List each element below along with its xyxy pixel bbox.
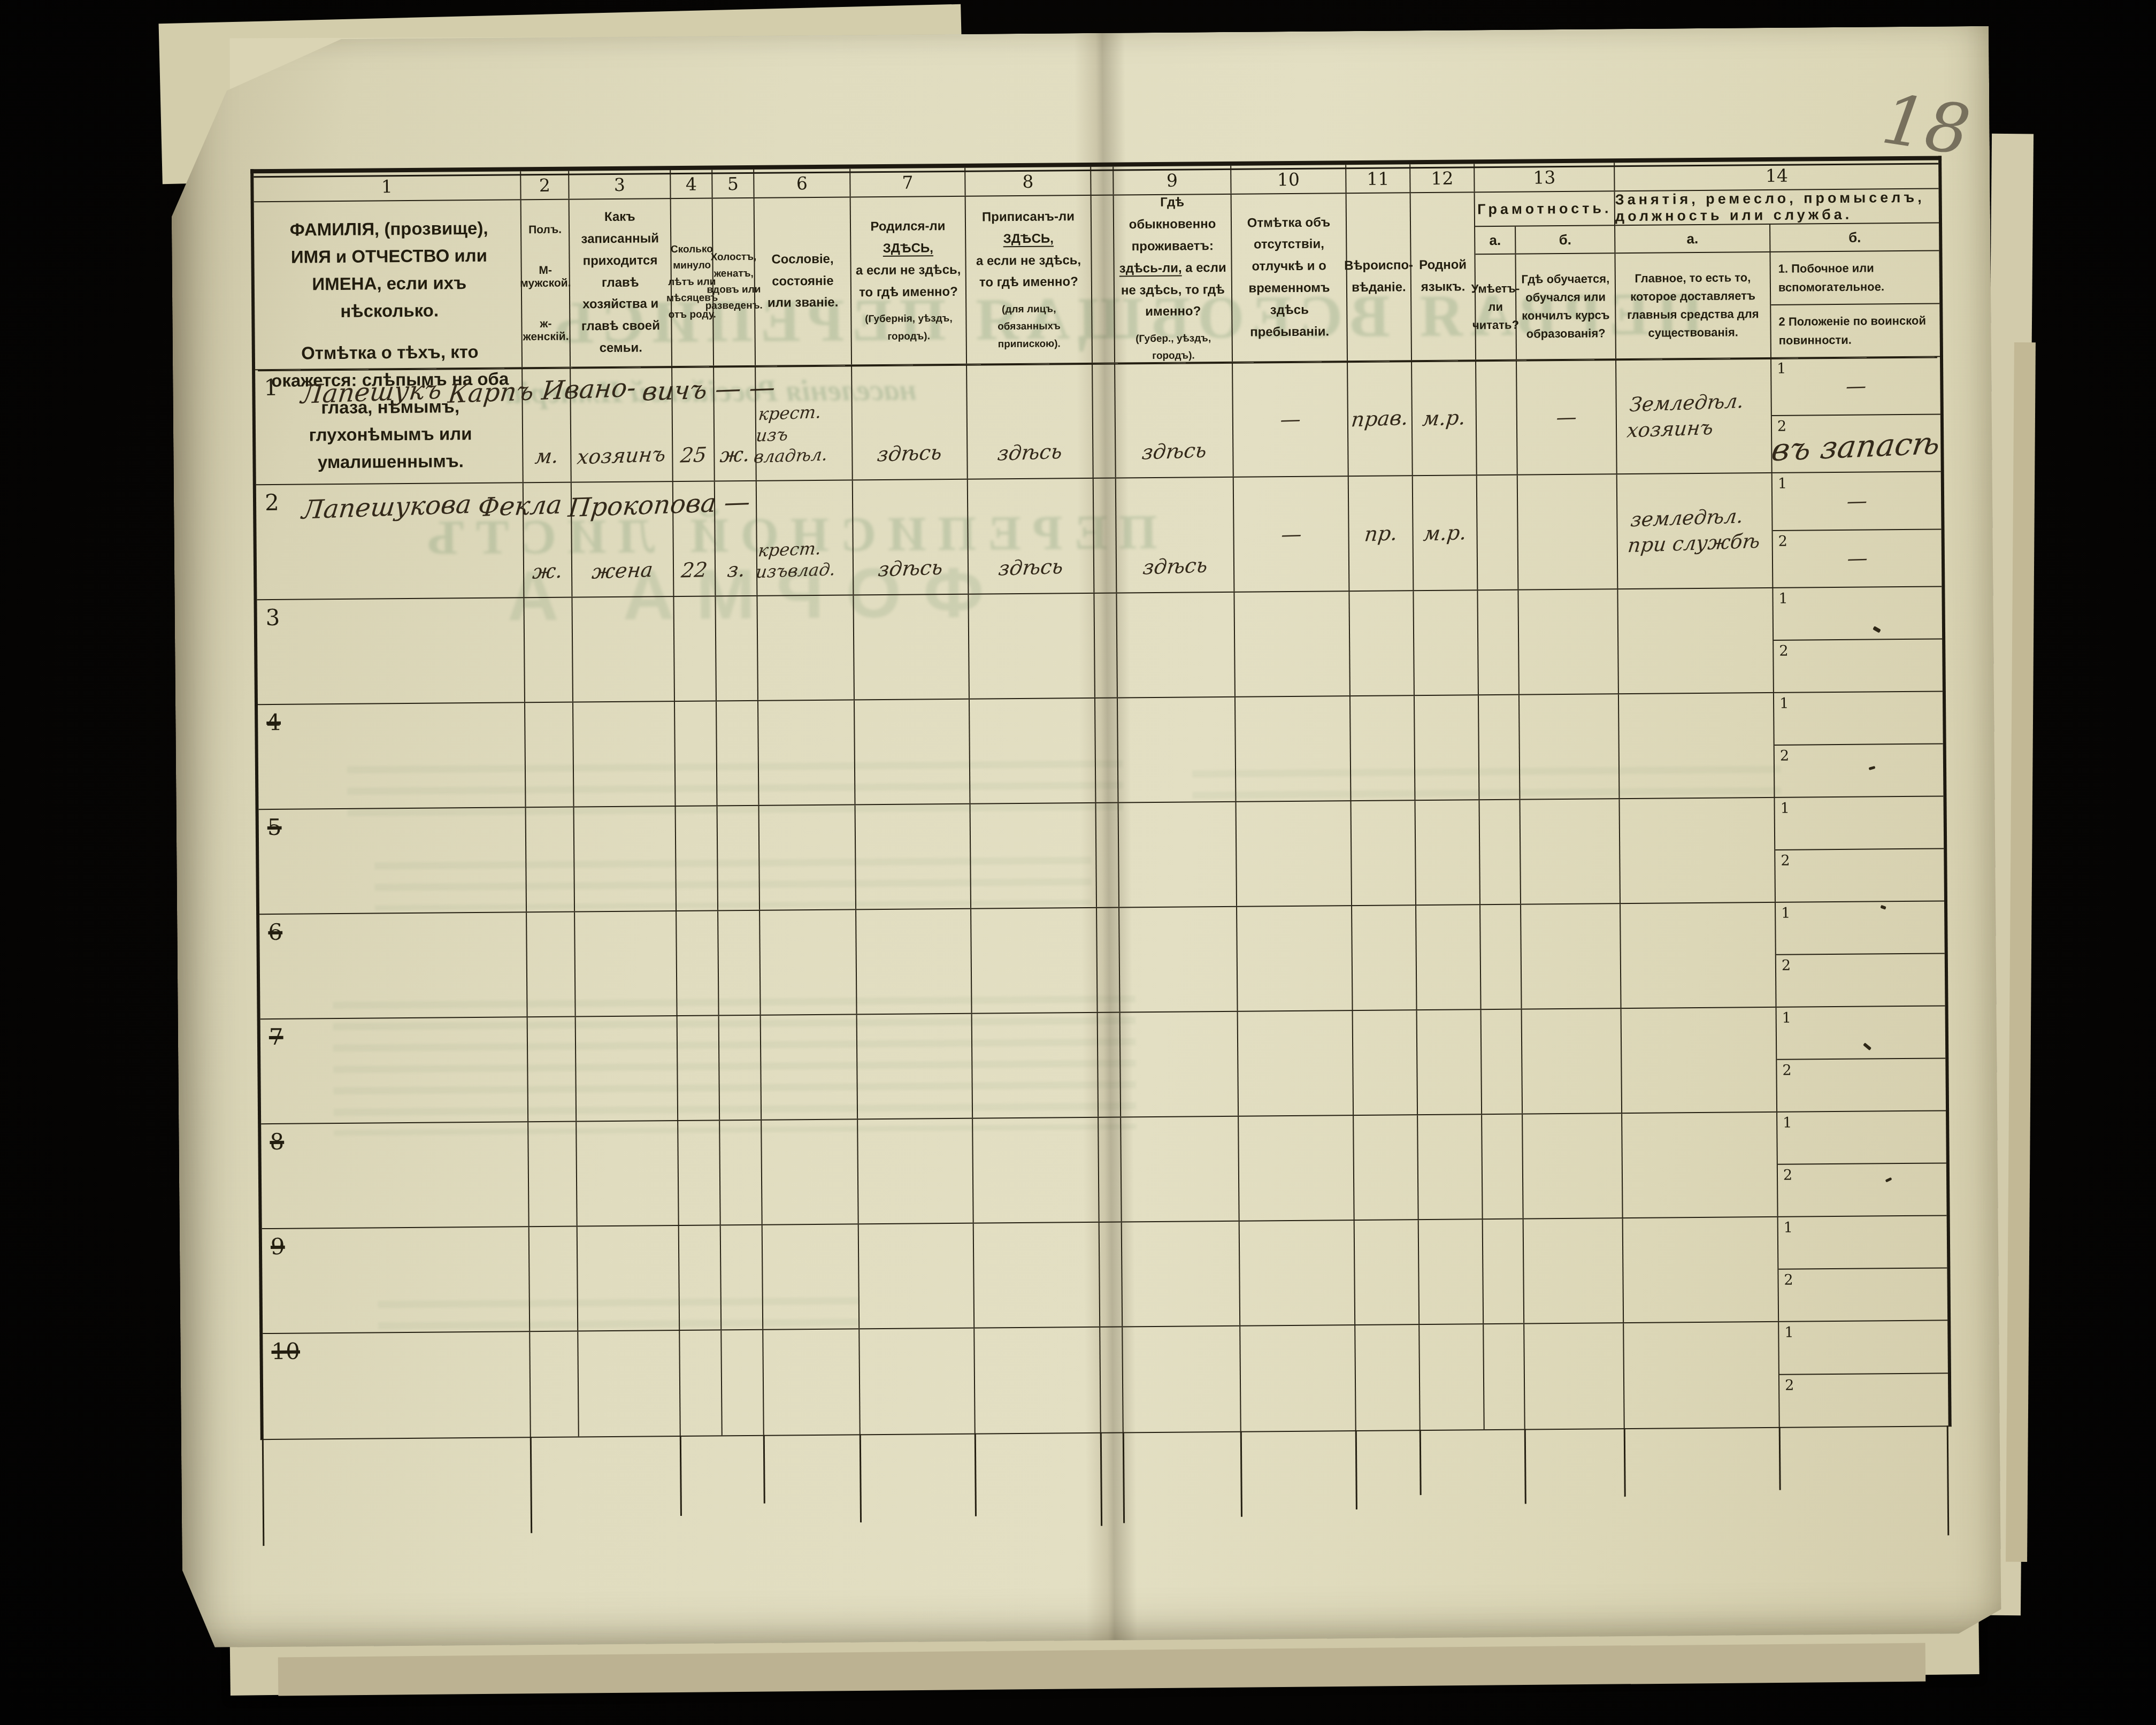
header-occupation-title: Занятія, ремесло, промыселъ, должность и… xyxy=(1615,189,1939,226)
header-education: Гдѣ обучается, обучался или кончилъ курс… xyxy=(1516,254,1615,359)
cell-name: 3 xyxy=(257,598,525,704)
subcell-index: 2 xyxy=(1782,1062,1791,1079)
cell-birthplace xyxy=(857,1014,973,1119)
header-marital: Холостъ, женатъ, вдовъ или разведенъ. xyxy=(713,198,756,366)
cell-relation xyxy=(578,1226,680,1330)
cell-can-read xyxy=(1484,1324,1525,1430)
header-relation: Какъ записанный приходится главѣ хозяйст… xyxy=(570,199,672,366)
cell-can-read xyxy=(1477,476,1519,590)
side-occupation-subcell: 1 xyxy=(1777,1006,1946,1060)
cell-occupation-main: земледѣл. при службѣ xyxy=(1617,473,1774,588)
column-number: 10 xyxy=(1231,165,1346,194)
subcell-index: 2 xyxy=(1785,1377,1794,1394)
fold-spacer xyxy=(1100,1327,1124,1432)
cell-residence xyxy=(1123,1327,1241,1432)
subcell-index: 2 xyxy=(1779,643,1788,660)
row-number: 2 xyxy=(265,489,279,516)
header-side-occupation: 1. Побочное или вспомогательное. xyxy=(1770,251,1939,304)
cell-name: 9 xyxy=(262,1227,531,1333)
census-sheet-page: ПЕРВАЯ ВСЕОБЩАЯ ПЕРЕПИСЬ населенія Россі… xyxy=(170,26,2001,1648)
cell-registration xyxy=(975,1328,1101,1433)
cell-religion xyxy=(1354,1115,1419,1220)
military-duty-subcell: 2 xyxy=(1778,1268,1947,1321)
cell-age xyxy=(677,911,719,1015)
cell-registration xyxy=(974,1223,1101,1328)
cell-marital: ж. xyxy=(714,366,757,481)
cell-religion xyxy=(1355,1325,1421,1430)
cell-sex xyxy=(528,1122,578,1226)
fold-spacer xyxy=(1094,594,1118,697)
fold-spacer xyxy=(1093,364,1116,478)
name-entry xyxy=(257,598,524,639)
cell-residence xyxy=(1119,802,1238,907)
cell-age xyxy=(676,806,719,910)
cell-absence xyxy=(1237,801,1353,906)
cell-birthplace xyxy=(858,1119,974,1224)
cell-occupation-main xyxy=(1618,588,1774,693)
cell-age xyxy=(678,1121,721,1225)
cell-education xyxy=(1523,1114,1623,1218)
table-body: 1 Лапешукъ Карпъ Ивано- вичъ — — м. хозя… xyxy=(255,357,1948,1439)
cell-religion xyxy=(1352,906,1417,1010)
cell-education xyxy=(1524,1323,1625,1429)
cell-occupation-secondary: 1 2 xyxy=(1777,1006,1946,1111)
cell-sex xyxy=(526,808,576,912)
cell-occupation-main xyxy=(1623,1217,1779,1322)
column-number: 12 xyxy=(1410,164,1475,192)
side-occupation-subcell: 1 xyxy=(1779,1321,1948,1375)
cell-religion xyxy=(1351,801,1416,905)
header-language: Роднойязыкъ. xyxy=(1411,193,1476,360)
cell-estate: крест. изъ владѣл. xyxy=(756,365,853,480)
header-birthplace: Родился-ли ЗДѢСЬ, а если не здѣсь, то гд… xyxy=(851,197,967,365)
cell-education xyxy=(1521,904,1622,1008)
cell-absence xyxy=(1236,696,1352,801)
cell-religion xyxy=(1353,1010,1418,1115)
cell-religion xyxy=(1349,591,1415,695)
cell-age: 25 xyxy=(672,366,715,481)
cell-registration xyxy=(971,908,1098,1013)
cell-registration: здѣсь xyxy=(967,364,1094,479)
cell-estate xyxy=(763,1224,860,1329)
cell-estate xyxy=(762,1120,859,1224)
cell-education xyxy=(1520,799,1621,903)
subcell-index: 1 xyxy=(1784,1220,1793,1236)
military-duty-subcell: 2 xyxy=(1774,639,1943,692)
cell-age xyxy=(679,1225,722,1330)
cell-name: 4 xyxy=(258,703,526,809)
header-text: М-мужской. xyxy=(520,264,571,290)
fold-spacer xyxy=(1098,1013,1122,1117)
cell-occupation-main xyxy=(1622,1008,1778,1113)
cell-occupation-main xyxy=(1624,1322,1780,1428)
cell-absence xyxy=(1237,906,1353,1011)
cell-can-read xyxy=(1478,591,1520,695)
cell-estate xyxy=(763,1329,861,1435)
fold-spacer xyxy=(1095,699,1119,802)
cell-relation xyxy=(575,911,678,1016)
name-entry xyxy=(261,1122,528,1163)
row-number: 10 xyxy=(271,1338,300,1364)
subcell-index: 2 xyxy=(1781,853,1790,869)
row-number: 4 xyxy=(266,709,281,735)
military-duty-subcell: 2 xyxy=(1779,1374,1948,1427)
cell-age xyxy=(680,1330,723,1436)
cell-registration xyxy=(971,803,1098,908)
cell-education: — xyxy=(1517,359,1617,474)
cell-occupation-secondary: 1 2 xyxy=(1773,587,1943,692)
name-entry xyxy=(260,1017,527,1058)
cell-language xyxy=(1418,1115,1483,1219)
cell-occupation-main xyxy=(1620,798,1776,903)
side-occupation-subcell: 1 — xyxy=(1771,357,1940,416)
cell-occupation-secondary: 1 2 xyxy=(1776,901,1945,1006)
subcell-index: 2 xyxy=(1783,1167,1792,1184)
military-duty-subcell: 2 xyxy=(1776,954,1945,1006)
header-sex: Полъ. М-мужской. ж-женскій. xyxy=(521,200,571,367)
cell-education xyxy=(1518,589,1619,694)
cell-relation xyxy=(576,1016,679,1121)
fold-spacer xyxy=(1094,479,1117,593)
cell-relation xyxy=(574,807,677,911)
name-entry: Лапешукова Фекла Прокопова — xyxy=(256,483,523,524)
cell-religion: пр. xyxy=(1349,476,1414,591)
cell-language: м.р. xyxy=(1413,476,1478,590)
cell-marital xyxy=(718,911,761,1015)
header-text: ФАМИЛІЯ, (прозвище), ИМЯ и ОТЧЕСТВО или … xyxy=(268,214,511,325)
cell-birthplace xyxy=(855,700,971,804)
cell-language xyxy=(1420,1324,1485,1430)
cell-education xyxy=(1522,1009,1623,1113)
cell-language xyxy=(1415,695,1480,800)
cell-absence xyxy=(1234,592,1351,696)
cell-language xyxy=(1415,800,1480,904)
cell-occupation-secondary: 1 2 xyxy=(1777,1111,1947,1216)
row-number: 1 xyxy=(264,374,278,401)
header-occupation-main: Главное, то есть то, которое доставляетъ… xyxy=(1615,252,1771,358)
cell-age xyxy=(675,701,718,806)
cell-birthplace xyxy=(856,804,972,909)
photo-backdrop: ПЕРВАЯ ВСЕОБЩАЯ ПЕРЕПИСЬ населенія Россі… xyxy=(0,0,2156,1725)
cell-can-read xyxy=(1480,905,1522,1009)
cell-can-read xyxy=(1483,1220,1525,1324)
fold-spacer xyxy=(1092,196,1115,363)
cell-sex: ж. xyxy=(524,483,573,597)
fold-spacer xyxy=(1097,908,1121,1012)
cell-sex xyxy=(527,913,576,1017)
cell-absence xyxy=(1239,1116,1355,1221)
table-row: 8 1 2 xyxy=(261,1111,1946,1229)
cell-sex: м. xyxy=(523,368,572,482)
table-row: 2 Лапешукова Фекла Прокопова — ж. жена 2… xyxy=(256,472,1942,600)
subcell-index: 1 xyxy=(1781,905,1790,922)
table-row: 10 1 2 xyxy=(263,1321,1948,1439)
cell-registration: здѣсь xyxy=(968,479,1095,594)
cell-residence xyxy=(1117,593,1236,697)
cell-occupation-secondary: 1 2 xyxy=(1775,796,1944,901)
name-entry xyxy=(263,1332,530,1373)
side-occupation-subcell: 1 xyxy=(1773,587,1942,640)
cell-occupation-main xyxy=(1619,693,1775,798)
cell-registration xyxy=(970,699,1096,803)
cell-absence: — xyxy=(1233,362,1349,477)
cell-marital xyxy=(721,1225,764,1330)
cell-relation xyxy=(572,597,675,701)
cell-marital xyxy=(718,806,761,910)
cell-birthplace xyxy=(854,595,970,700)
cell-registration xyxy=(969,594,1095,699)
subcell-index: 1 xyxy=(1778,591,1787,607)
cell-residence xyxy=(1122,1222,1241,1327)
table-row: 5 1 2 xyxy=(259,796,1944,915)
fold-spacer xyxy=(1091,167,1114,195)
header-occupation-secondary: 1. Побочное или вспомогательное. 2 Полож… xyxy=(1770,251,1940,357)
header-residence: Гдѣ обыкновенно проживаетъ: здѣсь-ли, а … xyxy=(1114,195,1233,363)
cell-occupation-main xyxy=(1622,1113,1778,1217)
subcell-index: 1 xyxy=(1778,476,1787,492)
cell-occupation-secondary: 1 — 2 въ запасѣ xyxy=(1771,357,1941,472)
subcell-index: 1 xyxy=(1779,695,1789,712)
cell-relation: жена xyxy=(572,482,674,596)
table-row: 3 1 2 xyxy=(257,587,1942,705)
cell-marital xyxy=(722,1330,764,1436)
header-can-read: Умѣетъ-ли читать? xyxy=(1475,255,1517,360)
subcell-index: 1 xyxy=(1781,800,1790,817)
cell-sex xyxy=(530,1226,579,1331)
header-name-column: ФАМИЛІЯ, (прозвище), ИМЯ и ОТЧЕСТВО или … xyxy=(254,200,523,369)
cell-occupation-main xyxy=(1621,903,1777,1008)
cell-absence: — xyxy=(1234,477,1350,592)
cell-relation xyxy=(578,1331,681,1436)
cell-occupation-secondary: 1 — 2 — xyxy=(1773,472,1942,587)
side-occupation-subcell: 1 xyxy=(1778,1216,1947,1269)
cell-relation xyxy=(573,702,676,806)
military-duty-subcell: 2 — xyxy=(1773,530,1942,587)
cell-marital xyxy=(716,596,758,701)
cell-birthplace: здѣсь xyxy=(852,365,968,480)
cell-marital xyxy=(717,701,759,806)
side-occupation-subcell: 1 — xyxy=(1773,472,1942,531)
subcell-index: 2 xyxy=(1784,1272,1793,1289)
cell-absence xyxy=(1240,1325,1356,1431)
header-literacy-title: Грамотность. xyxy=(1475,191,1614,227)
column-number: 7 xyxy=(850,168,965,197)
name-entry xyxy=(258,703,525,743)
column-number: 11 xyxy=(1346,164,1410,193)
cell-name: 7 xyxy=(260,1017,529,1123)
military-duty-subcell: 2 въ запасѣ xyxy=(1772,415,1941,472)
cell-name: 8 xyxy=(261,1122,530,1228)
subcell-index: 1 xyxy=(1777,361,1786,377)
header-absence: Отмѣтка объ отсутствіи, отлучкѣ и о врем… xyxy=(1232,194,1348,362)
row-number: 6 xyxy=(268,919,282,945)
cell-language xyxy=(1417,1010,1483,1114)
column-number: 5 xyxy=(712,170,754,198)
cell-language xyxy=(1419,1220,1484,1324)
cell-sex xyxy=(525,703,574,807)
cell-registration xyxy=(973,1118,1100,1223)
cell-religion: прав. xyxy=(1348,361,1413,476)
header-military-duty: 2 Положеніе по воинской повинности. xyxy=(1771,303,1940,357)
cell-registration xyxy=(972,1013,1099,1118)
side-occupation-subcell: 1 xyxy=(1775,796,1944,850)
column-number: 8 xyxy=(965,167,1091,196)
cell-estate: крест. изъвлад. xyxy=(757,480,854,595)
header-literacy-group: Грамотность. а. б. Умѣетъ-ли читать? Гдѣ… xyxy=(1475,191,1616,359)
header-registration: Приписанъ-ли ЗДѢСЬ, а если не здѣсь, то … xyxy=(966,196,1093,364)
column-number: 2 xyxy=(521,171,569,200)
column-number: 13 xyxy=(1475,163,1615,191)
header-text: Полъ. xyxy=(528,224,562,236)
cell-education xyxy=(1524,1218,1624,1323)
cell-marital: з. xyxy=(715,481,758,596)
cell-occupation-secondary: 1 2 xyxy=(1774,692,1944,796)
name-entry xyxy=(259,913,526,953)
cell-residence xyxy=(1121,1117,1240,1222)
cell-estate xyxy=(758,700,856,804)
sub-label-a: а. xyxy=(1475,227,1516,254)
cell-education xyxy=(1518,474,1618,589)
cell-education xyxy=(1520,694,1620,799)
cell-name: 6 xyxy=(259,913,528,1018)
cell-can-read xyxy=(1482,1010,1523,1114)
row-number: 7 xyxy=(269,1024,283,1050)
fold-spacer xyxy=(1096,803,1120,907)
cell-can-read xyxy=(1482,1115,1524,1219)
header-religion: Вѣроиспо-вѣданіе. xyxy=(1347,193,1412,361)
subcell-index: 2 xyxy=(1778,533,1787,549)
cell-age xyxy=(678,1016,720,1120)
sub-label-b: б. xyxy=(1516,226,1614,253)
side-occupation-subcell: 1 xyxy=(1776,901,1945,955)
military-duty-subcell: 2 xyxy=(1777,1059,1946,1111)
table-row: 6 1 2 xyxy=(259,901,1945,1019)
military-duty-subcell: 2 xyxy=(1778,1163,1947,1216)
cell-residence: здѣсь xyxy=(1116,478,1235,593)
fold-spacer xyxy=(1100,1222,1123,1326)
cell-estate xyxy=(757,595,855,700)
header-text: ж-женскій. xyxy=(523,318,569,344)
table-header-row: ФАМИЛІЯ, (прозвище), ИМЯ и ОТЧЕСТВО или … xyxy=(254,189,1940,370)
cell-estate xyxy=(761,1015,858,1119)
table-row: 1 Лапешукъ Карпъ Ивано- вичъ — — м. хозя… xyxy=(255,357,1941,485)
table-row: 7 1 2 xyxy=(260,1006,1946,1124)
cell-residence xyxy=(1121,1012,1239,1117)
column-number: 3 xyxy=(569,170,671,198)
cell-can-read xyxy=(1479,800,1521,904)
cell-occupation-secondary: 1 2 xyxy=(1778,1216,1948,1321)
cell-residence: здѣсь xyxy=(1115,363,1234,478)
side-occupation-subcell: 1 xyxy=(1777,1111,1946,1164)
cell-birthplace xyxy=(856,909,972,1014)
cell-sex xyxy=(524,598,573,702)
subcell-index: 2 xyxy=(1780,748,1789,764)
row-number: 3 xyxy=(266,604,280,631)
row-number: 5 xyxy=(267,814,282,840)
subcell-index: 1 xyxy=(1784,1324,1793,1341)
cell-residence xyxy=(1119,907,1238,1012)
cell-name: 10 xyxy=(263,1332,531,1439)
cell-name: 2 Лапешукова Фекла Прокопова — xyxy=(256,483,525,599)
cell-name: 5 xyxy=(259,808,527,914)
cell-residence xyxy=(1118,697,1237,802)
column-number: 1 xyxy=(254,171,521,201)
cell-birthplace xyxy=(860,1329,976,1435)
cell-language xyxy=(1414,591,1479,695)
cell-marital xyxy=(720,1121,763,1225)
side-occupation-subcell: 1 xyxy=(1774,692,1943,745)
cell-relation xyxy=(577,1121,679,1225)
subcell-index: 1 xyxy=(1783,1115,1792,1131)
row-number: 8 xyxy=(270,1129,284,1155)
name-entry: Лапешукъ Карпъ Ивано- вичъ — — xyxy=(255,368,522,409)
cell-age: 22 xyxy=(673,481,716,596)
military-duty-subcell: 2 xyxy=(1775,744,1944,796)
sub-label-b: б. xyxy=(1770,223,1939,251)
column-number: 4 xyxy=(671,170,712,198)
fold-spacer xyxy=(1099,1117,1122,1221)
cell-sex xyxy=(528,1017,577,1121)
cell-birthplace xyxy=(859,1224,975,1329)
cell-estate xyxy=(760,910,857,1014)
military-duty-subcell: 2 xyxy=(1775,849,1944,901)
subcell-index: 1 xyxy=(1782,1010,1791,1026)
cell-can-read xyxy=(1479,695,1521,800)
cell-relation: хозяинъ xyxy=(571,367,673,481)
subcell-index: 2 xyxy=(1782,957,1791,974)
cell-absence xyxy=(1240,1221,1356,1325)
name-entry xyxy=(259,808,526,848)
table-row: 4 1 2 xyxy=(258,692,1943,810)
cell-estate xyxy=(759,805,857,909)
cell-absence xyxy=(1238,1011,1354,1116)
cell-religion xyxy=(1355,1220,1420,1324)
name-entry xyxy=(262,1227,529,1268)
header-estate: Сословіе, состояніе или званіе. xyxy=(755,197,852,365)
cell-name: 1 Лапешукъ Карпъ Ивано- вичъ — — xyxy=(255,368,524,484)
cell-language: м.р. xyxy=(1412,361,1477,475)
cell-occupation-secondary: 1 2 xyxy=(1779,1321,1948,1427)
cell-marital xyxy=(719,1016,762,1120)
column-number: 6 xyxy=(754,168,850,197)
column-number: 14 xyxy=(1615,160,1938,190)
header-occupation-group: Занятія, ремесло, промыселъ, должность и… xyxy=(1615,189,1940,358)
row-number: 9 xyxy=(271,1233,285,1260)
table-row: 9 1 2 xyxy=(262,1216,1947,1334)
cell-sex xyxy=(530,1331,579,1437)
cell-birthplace: здѣсь xyxy=(853,480,969,595)
cell-can-read xyxy=(1476,361,1518,475)
cell-age xyxy=(674,596,717,701)
sub-label-a: а. xyxy=(1615,225,1770,252)
cell-occupation-main: Земледѣл. хозяинъ xyxy=(1616,358,1773,473)
cell-language xyxy=(1416,905,1482,1009)
census-table: 1 2 3 4 5 6 7 8 9 10 11 12 13 14 ФАМИЛІЯ… xyxy=(250,156,1952,1440)
column-number: 9 xyxy=(1114,166,1231,195)
cell-religion xyxy=(1351,696,1416,800)
